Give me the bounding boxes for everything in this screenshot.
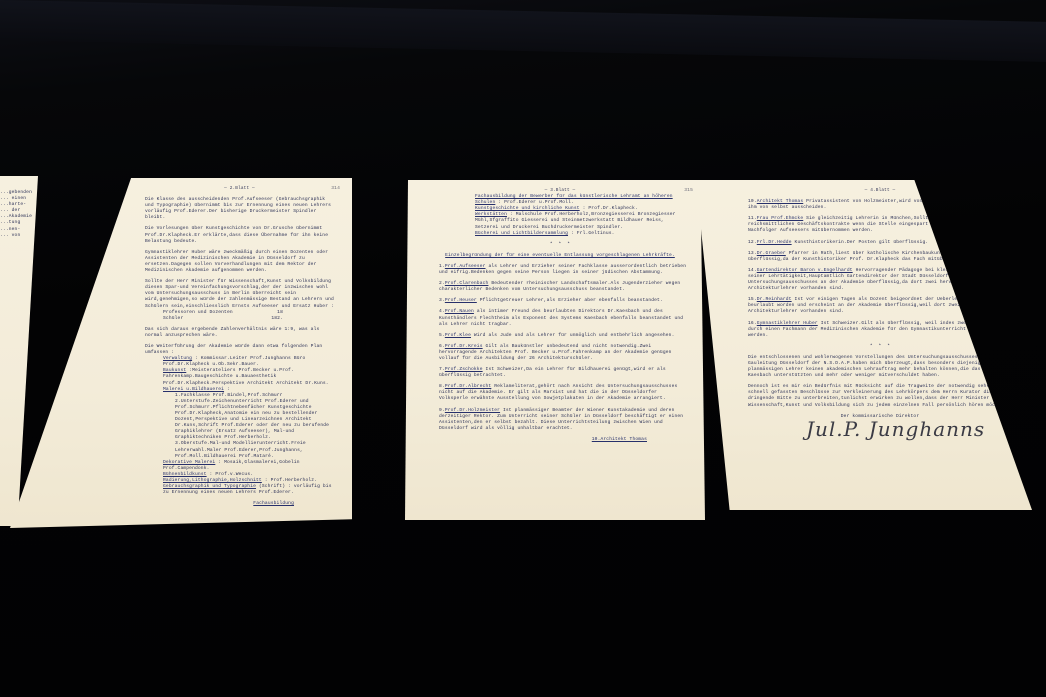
item-text: Kunsthistorikerin.Der Posten gilt überfl…	[795, 240, 929, 245]
plan-item-title: Bühnenbildkunst	[163, 472, 207, 477]
plan-list: Verwaltung : Kommissar.Leiter Prof.Jungh…	[145, 356, 334, 496]
item-text: als intimer Freund des beurlaubten Direk…	[439, 309, 686, 326]
plan-item-title: Baukunst	[163, 368, 186, 373]
footer-heading: Fachausbildung	[253, 501, 294, 506]
display-case-edge	[0, 0, 1046, 62]
list-item: 6.Prof.Dr.Kreis Gilt als Baukünstler unb…	[433, 344, 687, 362]
signature: Jul.P. Junghanns	[748, 426, 1012, 432]
closing-paragraph: Dennoch ist es mir ein Bedürfnis mit Rüc…	[748, 384, 1012, 408]
item-name: Dr.Reinhardt	[757, 297, 792, 302]
plan-item: Gebrauchsgraphik und Typographie (Schrif…	[145, 484, 334, 496]
list-item: 13.Dr.Graeber Pfarrer in Rath,liest über…	[748, 251, 1012, 263]
plan-item-text: : Prof.v.Wecus.	[210, 472, 254, 477]
page-number: 315	[684, 188, 693, 194]
top-section: Fachausbildung der Bewerber für das küns…	[433, 194, 687, 237]
plan-item-text: : Prof.Herberholz.	[265, 478, 317, 483]
staff-student-counts: Professoren und Dozenten18Schüler182.	[145, 310, 334, 322]
paragraphs: Die Klasse des ausscheidenden Prof.Aufse…	[145, 197, 334, 310]
plan-item: Baukunst :Meisterateliers Prof.Becker u.…	[145, 368, 334, 386]
footer-heading: 10.Architekt Thomas	[592, 437, 647, 442]
plan-item-text: :Meisterateliers Prof.Becker u.Prof. Fah…	[163, 368, 329, 385]
list-item: 11.Frau Prof.Ehmcke Sie gleichzeitig Leh…	[748, 216, 1012, 234]
item-number: 16.	[748, 321, 757, 326]
plan-item-title: Gebrauchsgraphik und Typographie	[163, 484, 256, 489]
item-name: Prof.Dr.Holzmeister	[445, 408, 500, 413]
ratio-text: Das sich daraus ergebende Zahlenverhältn…	[145, 327, 334, 339]
count-label: Schüler	[163, 316, 183, 322]
section-line: Werkstätten : Malschule Prof.Herberholz,…	[475, 212, 687, 230]
item-number: 13.	[748, 251, 757, 256]
list-item: 5.Prof.Klee Wird als Jude und als Lehrer…	[433, 333, 687, 339]
item-name: Prof.Nauen	[445, 309, 474, 314]
list-item: 10.Architekt Thomas Privatassistent von …	[748, 199, 1012, 211]
plan-item-text: 2.Unterstufe.Zeichenunterricht Prof.Eder…	[175, 399, 329, 441]
list-item: 9.Prof.Dr.Holzmeister Ist planmässiger B…	[433, 408, 687, 432]
sheet-header: — 4.Blatt —	[748, 188, 1012, 194]
plan-item-text: :	[227, 387, 230, 392]
item-number: 11.	[748, 216, 757, 221]
count-value: 182.	[271, 316, 283, 322]
paragraph: Sollte der Herr Minister für Wissenschaf…	[145, 279, 334, 309]
count-row: Schüler182.	[163, 316, 283, 322]
plan-intro: Die Weiterführung der Akademie würde dan…	[145, 344, 334, 356]
plan-item-title: Dekorative Malerei	[163, 460, 215, 465]
plan-item-title: Verwaltung	[163, 356, 192, 361]
list-item: 2.Prof.Clarenbach Bedeutender rheinische…	[433, 281, 687, 293]
list-item: 7.Prof.Zschokke Ist Schweizer,Da ein Leh…	[433, 367, 687, 379]
item-number: 10.	[748, 199, 757, 204]
section-heading: Einzelbegründung der für eine eventuelle…	[445, 253, 675, 258]
item-name: Prof.Heuser	[445, 298, 477, 303]
item-name: Prof.Klee	[445, 333, 471, 338]
item-name: Prof.Aufseeser	[445, 264, 486, 269]
document-sheet-blatt-4: — 4.Blatt — 316 10.Architekt Thomas Priv…	[696, 180, 1032, 510]
page-number: 314	[331, 186, 340, 192]
item-number: 15.	[748, 297, 757, 302]
section-line-title: Bücherei und Lichtbildersammlung	[475, 231, 568, 236]
section-line-text: : Prof.Dr.Klapheck.	[583, 206, 638, 211]
plan-item: Verwaltung : Kommissar.Leiter Prof.Jungh…	[145, 356, 334, 368]
item-name: Gymnastiklehrer Huber	[757, 321, 818, 326]
item-name: Prof.Clarenbach	[445, 281, 489, 286]
section-line: Fachausbildung der Bewerber für das küns…	[475, 194, 687, 206]
item-name: Prof.Zschokke	[445, 367, 483, 372]
list-item: 15.Dr.Reinhardt Ist vor einigen Tagen al…	[748, 297, 1012, 315]
plan-item-title: Malerei u.Bildhauerei	[163, 387, 224, 392]
sheet-header: — 2.Blatt —	[145, 186, 334, 192]
document-sheet-blatt-2: — 2.Blatt — 314 Die Klasse des ausscheid…	[10, 178, 352, 528]
list-item: 3.Prof.Heuser Pflichtgetreuer Lehrer,als…	[433, 298, 687, 304]
list-item: 16.Gymnastiklehrer Huber Ist Schweizer.G…	[748, 321, 1012, 339]
item-list: 1.Prof.Aufseeser als Lehrer und Erzieher…	[433, 264, 687, 432]
item-name: Prof.Dr.Albrecht	[445, 384, 492, 389]
item-text: Pflichtgetreuer Lehrer,als Erzieher aber…	[480, 298, 663, 303]
paragraph: Gymnastiklehrer Huber wäre zweckmäßig du…	[145, 250, 334, 274]
item-name: Architekt Thomas	[757, 199, 804, 204]
plan-item: Dekorative Malerei : Mosaik,Glasmalerei,…	[145, 460, 334, 472]
item-text: Wird als Jude und als Lehrer für unmögli…	[474, 333, 675, 338]
section-line-text: : Frl.Geltinus.	[571, 231, 615, 236]
paragraph: Die Vorlesungen über Kunstgeschichte von…	[145, 226, 334, 244]
list-item: 4.Prof.Nauen als intimer Freund des beur…	[433, 309, 687, 327]
section-line-title: Werkstätten	[475, 212, 507, 217]
paragraph: Die Klasse des ausscheidenden Prof.Aufse…	[145, 197, 334, 221]
sheet-text: — 4.Blatt — 316 10.Architekt Thomas Priv…	[696, 180, 1032, 510]
item-name: Frl.Dr.Hedde	[757, 240, 792, 245]
list-item: 14.Gartendirektor Baron v.Engelhardt Her…	[748, 268, 1012, 292]
item-name: Gartendirektor Baron v.Engelhardt	[757, 268, 853, 273]
plan-item: 3.Oberstufe.Mal-und Modellierunterricht.…	[145, 441, 334, 459]
separator: * * *	[433, 242, 687, 248]
item-name: Prof.Dr.Kreis	[445, 344, 483, 349]
item-number: 12.	[748, 240, 757, 245]
list-item: 12.Frl.Dr.Hedde Kunsthistorikerin.Der Po…	[748, 240, 1012, 246]
closing-paragraph: Die entschlossenen und wohlerwogenen Vor…	[748, 355, 1012, 379]
plan-item-title: Radierung,Lithographie,Holzschnitt	[163, 478, 262, 483]
plan-item-text: 1.Fachklasse Prof.Bindel,Prof.Schmurr	[175, 393, 283, 398]
sheet-text: — 3.Blatt — 315 Fachausbildung der Bewer…	[405, 180, 705, 520]
partial-lines: ...gebenden... einen...harte-... der...A…	[0, 190, 38, 239]
sheet-text: — 2.Blatt — 314 Die Klasse des ausscheid…	[10, 178, 352, 528]
item-name: Dr.Graeber	[757, 251, 786, 256]
separator: * * *	[748, 344, 1012, 350]
section-line: Bücherei und Lichtbildersammlung : Frl.G…	[475, 231, 687, 237]
page-number: 316	[1011, 188, 1020, 194]
item-number: 14.	[748, 268, 757, 273]
plan-item-text: 3.Oberstufe.Mal-und Modellierunterricht.…	[175, 441, 306, 458]
list-item: 8.Prof.Dr.Albrecht Reklameliterat,gehört…	[433, 384, 687, 402]
section-line-title: Kunstgeschichte und kirchliche Kunst	[475, 206, 580, 211]
item-name: Frau Prof.Ehmcke	[757, 216, 804, 221]
text-line: ... von	[0, 233, 38, 239]
item-list: 10.Architekt Thomas Privatassistent von …	[748, 199, 1012, 339]
plan-item: 2.Unterstufe.Zeichenunterricht Prof.Eder…	[145, 399, 334, 442]
list-item: 1.Prof.Aufseeser als Lehrer und Erzieher…	[433, 264, 687, 276]
closing-paragraphs: Die entschlossenen und wohlerwogenen Vor…	[748, 355, 1012, 409]
section-line-text: : Prof.Ederer u.Prof.Moll.	[498, 200, 574, 205]
document-sheet-blatt-3: — 3.Blatt — 315 Fachausbildung der Bewer…	[405, 180, 705, 520]
